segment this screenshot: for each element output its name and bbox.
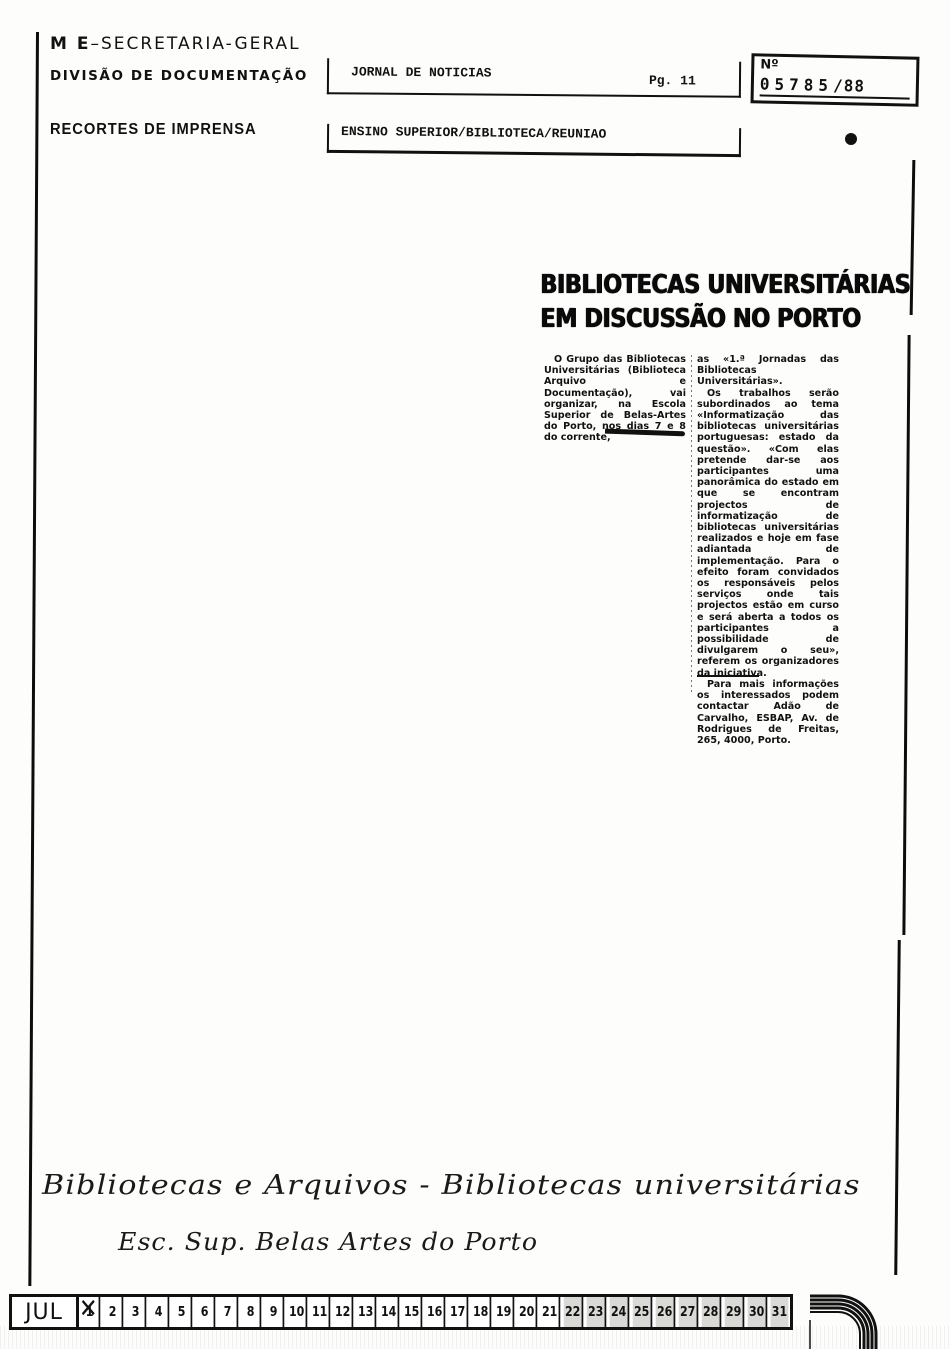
calendar-day-2: 2 <box>104 1297 124 1327</box>
subject-text: ENSINO SUPERIOR/BIBLIOTECA/REUNIAO <box>341 124 606 142</box>
division-heading: DIVISÃO DE DOCUMENTAÇÃO <box>50 68 308 84</box>
calendar-strip: JUL 123456789101112131415161718192021222… <box>9 1294 793 1330</box>
punch-dot <box>845 133 857 145</box>
ministry-heading: M E–SECRETARIA-GERAL <box>50 34 301 54</box>
calendar-month: JUL <box>12 1297 79 1327</box>
calendar-day-11: 11 <box>311 1297 331 1327</box>
calendar-day-31: 31 <box>771 1297 789 1327</box>
ministry-name: –SECRETARIA-GERAL <box>90 34 300 54</box>
calendar-day-20: 20 <box>518 1297 538 1327</box>
calendar-day-21: 21 <box>541 1297 561 1327</box>
clipping-column-b: as «1.ª Jornadas das Bibliotecas Univers… <box>697 354 839 746</box>
handwritten-note-line1: Bibliotecas e Arquivos - Bibliotecas uni… <box>42 1170 861 1201</box>
publication-field: JORNAL DE NOTICIAS Pg. 11 <box>327 58 741 98</box>
calendar-day-22: 22 <box>564 1297 584 1327</box>
newspaper-clipping: BIBLIOTECAS UNIVERSITÁRIAS EM DISCUSSÃO … <box>540 268 870 336</box>
calendar-day-23: 23 <box>587 1297 607 1327</box>
clipping-headline-line2: EM DISCUSSÃO NO PORTO <box>540 302 824 336</box>
calendar-day-13: 13 <box>357 1297 377 1327</box>
calendar-day-24: 24 <box>610 1297 630 1327</box>
calendar-day-3: 3 <box>127 1297 147 1327</box>
calendar-day-4: 4 <box>150 1297 170 1327</box>
calendar-day-30: 30 <box>748 1297 768 1327</box>
clipping-headline-line1: BIBLIOTECAS UNIVERSITÁRIAS <box>540 268 824 302</box>
column-b-paragraph-2: Os trabalhos serão subordinados ao tema … <box>697 388 839 679</box>
calendar-day-8: 8 <box>242 1297 262 1327</box>
clippings-heading: RECORTES DE IMPRENSA <box>50 121 257 139</box>
calendar-day-10: 10 <box>288 1297 308 1327</box>
handwritten-note-line2: Esc. Sup. Belas Artes do Porto <box>118 1228 538 1256</box>
ministry-logo-icon <box>808 1278 888 1349</box>
calendar-day-15: 15 <box>403 1297 423 1327</box>
column-separator <box>691 355 692 695</box>
calendar-day-25: 25 <box>633 1297 653 1327</box>
publication-name: JORNAL DE NOTICIAS <box>351 64 492 80</box>
calendar-day-26: 26 <box>656 1297 676 1327</box>
calendar-day-18: 18 <box>472 1297 492 1327</box>
right-margin-line-upper <box>910 160 916 315</box>
reference-number-value: 05785 <box>760 74 834 95</box>
number-label: Nº <box>760 57 779 72</box>
calendar-day-5: 5 <box>173 1297 193 1327</box>
calendar-day-9: 9 <box>265 1297 285 1327</box>
right-margin-line-lower <box>902 335 910 935</box>
calendar-day-17: 17 <box>449 1297 469 1327</box>
calendar-day-12: 12 <box>334 1297 354 1327</box>
calendar-day-27: 27 <box>679 1297 699 1327</box>
reference-number: 05785/88 <box>760 74 910 99</box>
calendar-days: 1234567891011121314151617181920212223242… <box>79 1297 790 1327</box>
calendar-day-28: 28 <box>702 1297 722 1327</box>
calendar-day-19: 19 <box>495 1297 515 1327</box>
calendar-day-29: 29 <box>725 1297 745 1327</box>
calendar-day-16: 16 <box>426 1297 446 1327</box>
reference-number-box: Nº 05785/88 <box>750 53 919 107</box>
calendar-day-1: 1 <box>81 1297 101 1327</box>
calendar-day-6: 6 <box>196 1297 216 1327</box>
column-b-paragraph-3: Para mais informações os interessados po… <box>697 679 839 746</box>
right-margin-line-bottom <box>894 940 901 1275</box>
calendar-day-7: 7 <box>219 1297 239 1327</box>
left-margin-line <box>28 32 39 1286</box>
reference-year: /88 <box>833 76 865 96</box>
calendar-day-14: 14 <box>380 1297 400 1327</box>
column-b-paragraph-1: as «1.ª Jornadas das Bibliotecas Univers… <box>697 354 839 388</box>
column-b-end-rule <box>697 675 759 677</box>
ministry-abbrev: M E <box>50 34 90 54</box>
page-number: Pg. 11 <box>649 73 696 88</box>
subject-field: ENSINO SUPERIOR/BIBLIOTECA/REUNIAO <box>327 124 741 157</box>
